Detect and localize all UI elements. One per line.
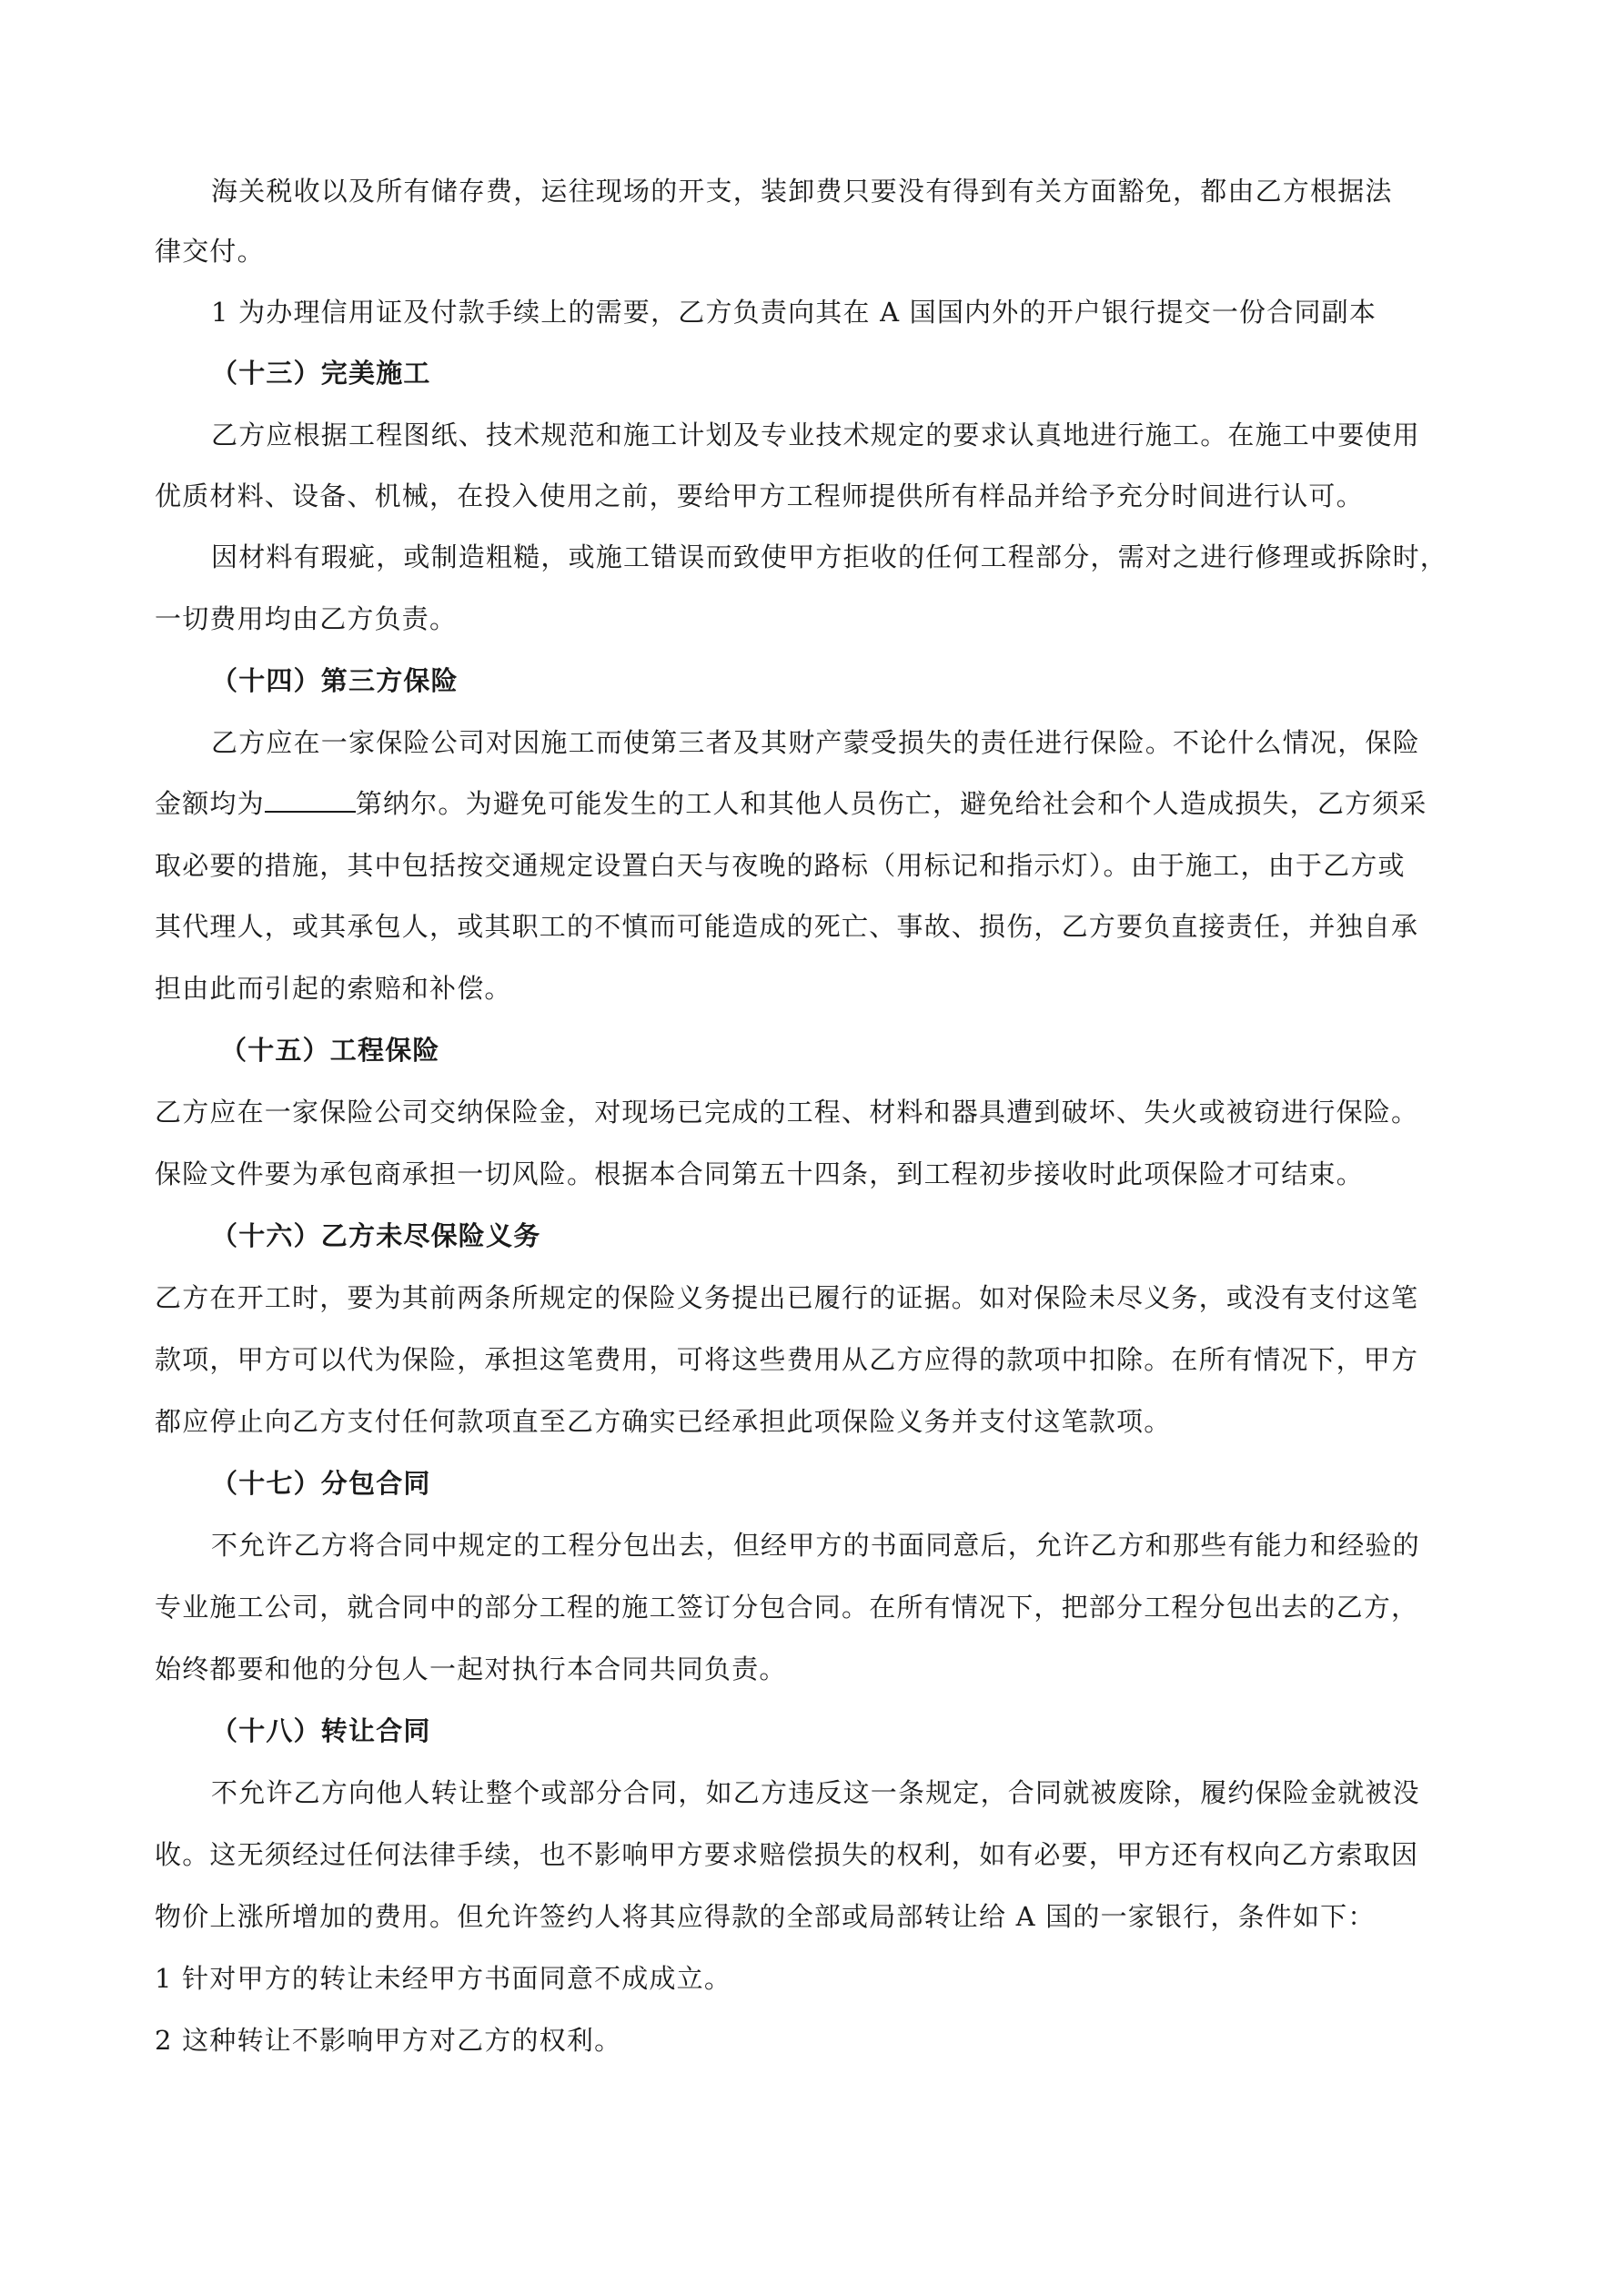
paragraph-line: 收。这无须经过任何法律手续，也不影响甲方要求赔偿损失的权利，如有必要，甲方还有权… — [155, 1836, 1418, 1873]
paragraph-line: 律交付。 — [155, 233, 265, 269]
paragraph-line: 优质材料、设备、机械，在投入使用之前，要给甲方工程师提供所有样品并给予充分时间进… — [155, 478, 1364, 514]
section-heading-15: （十五）工程保险 — [220, 1032, 440, 1068]
section-heading-18: （十八）转让合同 — [211, 1713, 431, 1749]
paragraph-line: 海关税收以及所有储存费，运往现场的开支，装卸费只要没有得到有关方面豁免，都由乙方… — [211, 173, 1393, 209]
paragraph-line: 取必要的措施，其中包括按交通规定设置白天与夜晚的路标（用标记和指示灯）。由于施工… — [155, 847, 1406, 884]
paragraph-line: 乙方应在一家保险公司对因施工而使第三者及其财产蒙受损失的责任进行保险。不论什么情… — [211, 724, 1420, 761]
paragraph-line: 一切费用均由乙方负责。 — [155, 601, 457, 637]
text-after-blank: 第纳尔。为避免可能发生的工人和其他人员伤亡，避免给社会和个人造成损失，乙方须采 — [356, 788, 1427, 819]
paragraph-line: 因材料有瑕疵，或制造粗糙，或施工错误而致使甲方拒收的任何工程部分，需对之进行修理… — [211, 539, 1447, 575]
section-heading-13: （十三）完美施工 — [211, 355, 431, 391]
paragraph-line: 不允许乙方向他人转让整个或部分合同，如乙方违反这一条规定，合同就被废除，履约保险… — [211, 1775, 1420, 1811]
section-heading-16: （十六）乙方未尽保险义务 — [211, 1218, 540, 1254]
paragraph-line: 物价上涨所增加的费用。但允许签约人将其应得款的全部或局部转让给 A 国的一家银行… — [155, 1898, 1376, 1935]
list-item: 1 针对甲方的转让未经甲方书面同意不成成立。 — [155, 1960, 731, 1997]
paragraph-line: 不允许乙方将合同中规定的工程分包出去，但经甲方的书面同意后，允许乙方和那些有能力… — [211, 1527, 1420, 1563]
list-item: 1 为办理信用证及付款手续上的需要，乙方负责向其在 A 国国内外的开户银行提交一… — [211, 294, 1377, 330]
paragraph-line: 款项，甲方可以代为保险，承担这笔费用，可将这些费用从乙方应得的款项中扣除。在所有… — [155, 1341, 1418, 1378]
list-item: 2 这种转让不影响甲方对乙方的权利。 — [155, 2022, 621, 2058]
paragraph-line: 乙方应根据工程图纸、技术规范和施工计划及专业技术规定的要求认真地进行施工。在施工… — [211, 417, 1420, 453]
paragraph-line: 乙方应在一家保险公司交纳保险金，对现场已完成的工程、材料和器具遭到破坏、失火或被… — [155, 1094, 1418, 1130]
section-heading-14: （十四）第三方保险 — [211, 663, 459, 699]
paragraph-line: 担由此而引起的索赔和补偿。 — [155, 970, 512, 1006]
paragraph-line: 乙方在开工时，要为其前两条所规定的保险义务提出已履行的证据。如对保险未尽义务，或… — [155, 1279, 1418, 1316]
paragraph-line: 保险文件要为承包商承担一切风险。根据本合同第五十四条，到工程初步接收时此项保险才… — [155, 1156, 1364, 1192]
text-before-blank: 金额均为 — [155, 788, 265, 819]
section-heading-17: （十七）分包合同 — [211, 1465, 431, 1502]
paragraph-line: 专业施工公司，就合同中的部分工程的施工签订分包合同。在所有情况下，把部分工程分包… — [155, 1589, 1418, 1625]
paragraph-line: 都应停止向乙方支付任何款项直至乙方确实已经承担此项保险义务并支付这笔款项。 — [155, 1403, 1171, 1440]
paragraph-line: 始终都要和他的分包人一起对执行本合同共同负责。 — [155, 1651, 787, 1687]
paragraph-line-with-blank: 金额均为第纳尔。为避免可能发生的工人和其他人员伤亡，避免给社会和个人造成损失，乙… — [155, 785, 1427, 822]
fill-in-blank — [265, 787, 356, 813]
paragraph-line: 其代理人，或其承包人，或其职工的不慎而可能造成的死亡、事故、损伤，乙方要负直接责… — [155, 908, 1418, 945]
